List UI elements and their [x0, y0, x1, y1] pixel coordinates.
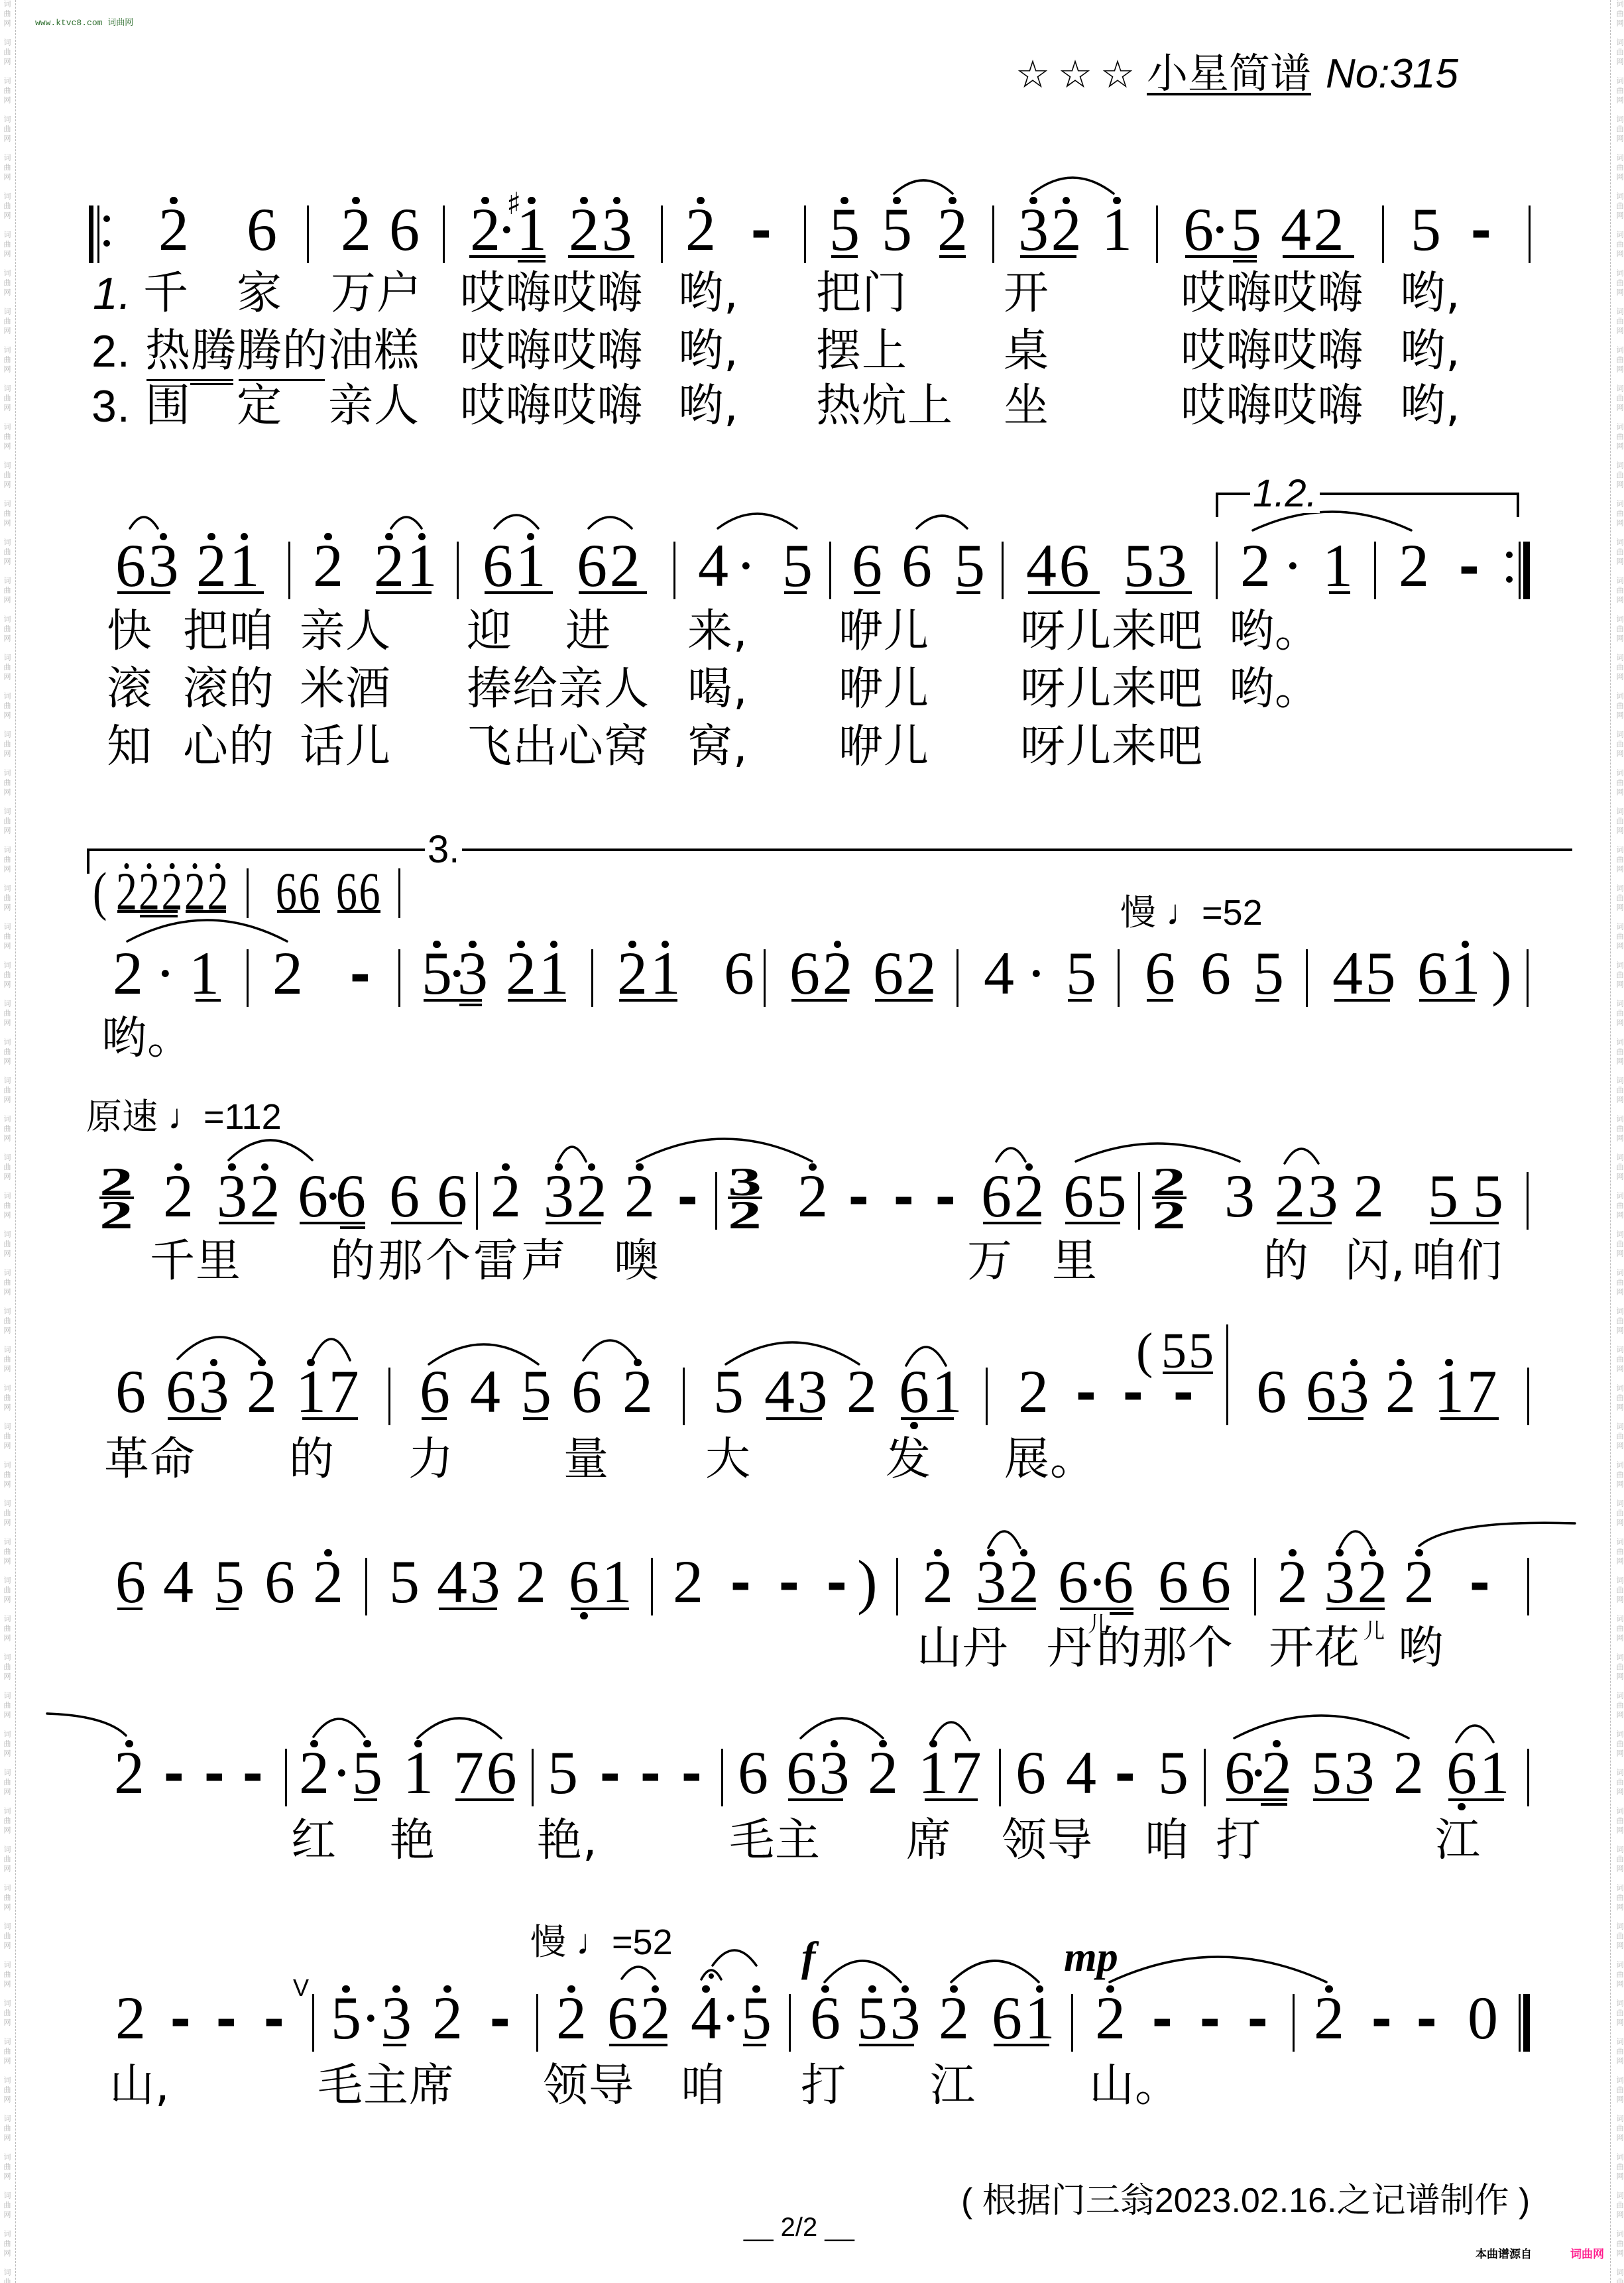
volta-bracket-start: [87, 849, 89, 874]
beam-line: [140, 915, 178, 917]
note: 76: [453, 1742, 519, 1803]
dynamic-mezzo-piano: mp: [1064, 1936, 1118, 1978]
beam-line: [198, 591, 264, 594]
note: 2: [115, 1987, 148, 2048]
note: 5: [214, 1551, 247, 1612]
volta-bracket-start: [1216, 493, 1218, 517]
score-header: ☆☆☆小星简谱No:315: [1015, 46, 1458, 102]
beam-line: [277, 910, 320, 913]
verse-number: 3.: [91, 384, 131, 429]
note: 3: [457, 943, 491, 1004]
transcription-credit: ( 根据门三翁2023.02.16.之记谱制作 ): [961, 2180, 1530, 2222]
lyric-word: 哟。: [1229, 667, 1320, 712]
note: 3: [381, 1987, 414, 2048]
lyric-word: 千里: [150, 1239, 241, 1284]
note: 5: [713, 1361, 746, 1422]
beam-line: [1028, 591, 1100, 594]
barline: [764, 949, 766, 1007]
lyric-word: 席: [906, 1818, 952, 1863]
sustain-dash: -: [350, 943, 371, 1004]
sustain-dash: -: [848, 1165, 869, 1226]
lyric-word: 滚的: [183, 667, 274, 712]
note: 2: [673, 1551, 706, 1612]
lyric-word: 万户: [331, 271, 422, 316]
lyric-word: 打: [1216, 1818, 1261, 1863]
barline: [1306, 949, 1308, 1007]
lyric-word: 知: [107, 725, 152, 770]
lyric-word: 家: [237, 271, 282, 316]
beam-line: [579, 591, 647, 594]
slur: [130, 517, 158, 528]
lyric-word: 哟。: [1229, 609, 1320, 654]
beam-line: [1440, 1417, 1499, 1420]
note: 6: [738, 1742, 771, 1803]
repeat-end-thick-bar: [1523, 542, 1530, 599]
augmentation-dot: ·: [1026, 943, 1049, 1004]
lyric-word: 山,: [109, 2064, 170, 2109]
note: 23: [1275, 1165, 1340, 1226]
slur: [1234, 1716, 1409, 1738]
final-thick-bar: [1523, 1994, 1530, 2052]
note: 17: [918, 1742, 984, 1803]
note: 2: [846, 1361, 880, 1422]
lyric-word: 进: [565, 609, 611, 654]
barline: [591, 949, 593, 1007]
note: 4: [691, 1987, 724, 2048]
note: 21: [196, 535, 262, 596]
note: 63: [786, 1742, 852, 1803]
barline: [804, 205, 806, 263]
parenthesis: (: [93, 864, 109, 919]
note: 61: [899, 1361, 964, 1422]
note: 6: [247, 199, 280, 260]
barline: [1118, 949, 1120, 1007]
barline: [1382, 205, 1384, 263]
lyric-word: 亲人: [300, 609, 391, 654]
slur: [1110, 1957, 1326, 1982]
lyric-word: 哎嗨哎嗨: [1181, 271, 1363, 316]
slur: [127, 920, 287, 941]
beam-line: [1020, 255, 1076, 258]
lyric-word: 哟。: [101, 1016, 193, 1061]
lyric-word: 油糕: [328, 329, 420, 374]
beam-line: [957, 591, 980, 594]
note: 53: [1311, 1742, 1377, 1803]
slur: [494, 515, 538, 528]
lyric-word: 丹: [1047, 1626, 1092, 1671]
time-signature-denominator: 2: [99, 1195, 133, 1235]
sustain-dash: -: [216, 1987, 237, 2048]
barline: [1156, 205, 1158, 263]
beam-line: [1110, 1612, 1133, 1615]
barline: [651, 1558, 653, 1615]
beam-line: [1448, 1798, 1504, 1801]
note: 2: [1095, 1987, 1128, 2048]
lyric-word: 话儿: [300, 725, 391, 770]
verse-number: 2.: [91, 329, 131, 374]
beam-line: [508, 999, 566, 1002]
note: 2: [1277, 1551, 1310, 1612]
repeat-dot: [103, 215, 110, 222]
note: 6: [437, 1165, 470, 1226]
note: 62: [789, 943, 855, 1004]
note: 5: [741, 1987, 774, 2048]
final-thin-bar: [1519, 1994, 1521, 2052]
note: 5: [882, 199, 915, 260]
note: 5: [1473, 1165, 1506, 1226]
note: 61: [569, 1551, 634, 1612]
barline: [721, 1749, 723, 1806]
barline: [992, 205, 994, 263]
source-site-watermark: 词曲网: [1570, 2247, 1604, 2262]
note: 32: [1324, 1551, 1390, 1612]
note: 2: [491, 1165, 524, 1226]
note: 61: [1446, 1742, 1512, 1803]
note: 6: [389, 1165, 422, 1226]
slur: [1340, 1531, 1371, 1548]
barline: [476, 1172, 478, 1230]
note: 4: [163, 1551, 196, 1612]
sustain-dash: -: [1152, 1987, 1173, 2048]
lyric-word: 把咱: [183, 609, 274, 654]
beam-line: [994, 2044, 1049, 2046]
beam-line: [568, 255, 634, 258]
note: 43: [764, 1361, 830, 1422]
lyric-word: 喝,: [687, 667, 748, 712]
lyric-word: 咱们: [1411, 1239, 1503, 1284]
lyric-word: 的那个: [1096, 1626, 1234, 1671]
beam-line: [1060, 1608, 1133, 1610]
dynamic-forte: f: [801, 1936, 815, 1978]
verse-number: 1.: [93, 271, 132, 316]
note: 2: [624, 1165, 658, 1226]
note: 42: [1281, 199, 1346, 260]
beam-line: [219, 1222, 274, 1224]
volta-bracket-end: [1517, 493, 1519, 517]
note: 61: [1417, 943, 1483, 1004]
note: 1: [516, 199, 550, 260]
sustain-dash: -: [681, 1742, 702, 1803]
beam-line: [117, 1608, 143, 1610]
repeat-dot: [103, 240, 110, 247]
note: 2: [1018, 1361, 1051, 1422]
tie-continuation: [47, 1714, 126, 1735]
note: 5: [331, 1987, 364, 2048]
lyric-word: 毛主席: [318, 2064, 455, 2109]
note: 2: [868, 1742, 901, 1803]
note: 32: [1018, 199, 1084, 260]
note: 6: [1015, 1742, 1049, 1803]
note: 2: [113, 943, 146, 1004]
beam-line: [439, 1608, 497, 1610]
lyric-word: 打: [801, 2064, 846, 2109]
repeat-start-thick-bar: [89, 205, 93, 263]
lyric-word: 迎: [467, 609, 512, 654]
lyric-word: 咿儿: [838, 667, 929, 712]
lyric-word: 咿儿: [838, 725, 929, 770]
beam-line: [1329, 591, 1350, 594]
note: 6: [1200, 1551, 1234, 1612]
barline: [957, 949, 958, 1007]
note: 2: [1240, 535, 1273, 596]
beam-line: [939, 255, 966, 258]
lyric-word: 哎嗨哎嗨: [460, 329, 643, 374]
note-small: 55: [1161, 1326, 1216, 1376]
beam-line: [1277, 1222, 1332, 1224]
beam-line: [117, 591, 170, 594]
top-watermark: www.ktvc8.com 词曲网: [35, 18, 133, 29]
lyric-word: 领导: [543, 2064, 634, 2109]
augmentation-dot: ·: [1210, 199, 1232, 260]
rest: 0: [1468, 1987, 1501, 2048]
note: 5: [389, 1551, 422, 1612]
barline: [532, 1749, 534, 1806]
barline: [789, 1994, 791, 2052]
lyric-word: 哎嗨哎嗨: [460, 271, 643, 316]
note: 6: [1200, 943, 1234, 1004]
note: 2: [1261, 1742, 1295, 1803]
beam-line: [925, 1798, 978, 1801]
note: 4: [470, 1361, 503, 1422]
beam-line: [766, 1417, 822, 1420]
lyric-word: 噢: [614, 1239, 660, 1284]
beam-line: [459, 1004, 482, 1006]
barline: [1226, 1324, 1228, 1425]
beam-line: [978, 1608, 1036, 1610]
barline: [457, 542, 459, 599]
slur: [933, 1722, 970, 1740]
fermata-icon: [701, 1970, 721, 1979]
lyric-word: 哟,: [678, 329, 739, 374]
barline: [999, 1749, 1001, 1806]
sustain-dash: -: [730, 1551, 751, 1612]
lyric-word: 呀儿来吧: [1020, 667, 1203, 712]
lyric-word: 山。: [1089, 2064, 1181, 2109]
slur: [1285, 1149, 1318, 1163]
lyric-word: 哟,: [1400, 384, 1461, 429]
beam-line: [337, 910, 380, 913]
barline: [312, 1994, 314, 2052]
sustain-dash: -: [170, 1987, 191, 2048]
barline: [1527, 949, 1529, 1007]
barline: [1138, 1172, 1140, 1230]
lyric-word: 量: [563, 1437, 609, 1482]
barline: [1216, 542, 1218, 599]
beam-line: [354, 1798, 377, 1801]
lyric-word: 热炕上: [816, 384, 953, 429]
lyric-word: 领导: [1002, 1818, 1093, 1863]
beam-line: [546, 1222, 601, 1224]
volta-bracket-line: [87, 849, 1572, 851]
time-signature: 2 2: [99, 1165, 135, 1232]
beam-line: [571, 1608, 629, 1610]
note: 2: [685, 199, 719, 260]
beam-line: [376, 591, 432, 594]
barline: [307, 205, 309, 263]
slur: [391, 517, 422, 528]
beam-line: [1068, 999, 1092, 1002]
side-watermark-strip-left: 词曲网 词曲网 词曲网 词曲网 词曲网 词曲网 词曲网 词曲网 词曲网 词曲网 …: [0, 0, 16, 2283]
lyric-word: 闪,: [1345, 1239, 1406, 1284]
note: 6: [1058, 1551, 1091, 1612]
note: 23: [569, 199, 634, 260]
note: 62: [607, 1987, 673, 2048]
note: 1: [1322, 535, 1356, 596]
lyric-word: 哟: [1398, 1626, 1444, 1671]
parenthesis: ): [1491, 943, 1514, 1004]
beam-line: [1313, 1798, 1369, 1801]
beam-line: [784, 591, 807, 594]
note: 63: [1306, 1361, 1371, 1422]
augmentation-dot: ·: [1283, 535, 1305, 596]
sustain-dash: -: [894, 1165, 914, 1226]
note: 1: [189, 943, 222, 1004]
slur: [894, 180, 953, 194]
slur: [558, 1147, 586, 1161]
beam-line: [186, 910, 226, 913]
lyric-word: 捧给亲人: [467, 667, 650, 712]
beam-line: [854, 591, 880, 594]
lyric-word: 开: [1004, 271, 1049, 316]
lyric-word: 艳,: [537, 1818, 598, 1863]
repeat-end-thin-bar: [1519, 542, 1521, 599]
note: 5: [1428, 1165, 1461, 1226]
barline: [1204, 1749, 1206, 1806]
sustain-dash: -: [1417, 1987, 1437, 2048]
beam-line: [196, 999, 221, 1002]
beam-line: [1255, 999, 1279, 1002]
lyric-melisma-line: [190, 383, 233, 385]
beam-line: [469, 255, 546, 258]
note: 17: [296, 1361, 361, 1422]
lyric-word: 桌: [1004, 329, 1049, 374]
volta-label: 1.2.: [1250, 475, 1320, 513]
barline: [1293, 1994, 1295, 2052]
lyric-word: 心的: [183, 725, 274, 770]
lyric-word: 咿儿: [838, 609, 929, 654]
barline: [1529, 205, 1531, 263]
beam-line: [1226, 1798, 1287, 1801]
barline: [536, 1994, 538, 2052]
beam-line: [831, 255, 858, 258]
note: 2: [114, 1742, 147, 1803]
note: 2: [272, 943, 306, 1004]
lyric-word: 哟,: [1400, 271, 1461, 316]
lyric-word: 滚: [107, 667, 152, 712]
slur: [718, 514, 797, 528]
lyric-word: 发: [886, 1437, 931, 1482]
sustain-dash: -: [1200, 1987, 1220, 2048]
lyric-word: 艳: [390, 1818, 435, 1863]
beam-line: [383, 2044, 406, 2046]
barline: [715, 1172, 717, 1230]
beam-line: [455, 1798, 514, 1801]
note: 2: [313, 1551, 346, 1612]
lyric-word: 飞出心窝: [467, 725, 650, 770]
note: 65: [1063, 1165, 1129, 1226]
lyric-small-er: 儿: [1363, 1620, 1385, 1641]
barline: [1527, 1368, 1529, 1425]
note: 5: [1066, 943, 1099, 1004]
slur: [988, 1531, 1020, 1548]
barline: [1527, 1749, 1529, 1806]
note: 2: [313, 535, 346, 596]
time-signature-denominator: 2: [728, 1195, 762, 1235]
beam-line: [983, 1222, 1041, 1224]
barline: [1527, 1558, 1529, 1615]
sustain-dash: -: [1459, 535, 1479, 596]
note: 3: [1224, 1165, 1257, 1226]
lyric-word: 哎嗨哎嗨: [1181, 329, 1363, 374]
breath-mark-icon: V: [293, 1976, 309, 2000]
lyric-word: 哟,: [678, 384, 739, 429]
lyric-word: 米酒: [300, 667, 391, 712]
note: 32: [976, 1551, 1041, 1612]
augmentation-dot: ·: [361, 1987, 383, 2048]
beam-line: [523, 1417, 548, 1420]
note: 6: [264, 1551, 298, 1612]
note: 2: [163, 1165, 196, 1226]
beam-line: [391, 1222, 462, 1224]
beam-line: [788, 1798, 843, 1801]
beam-line: [1283, 255, 1354, 258]
repeat-start-thin-bar: [97, 205, 99, 263]
sustain-dash: -: [677, 1165, 698, 1226]
lyric-word: 哎嗨哎嗨: [460, 384, 643, 429]
beam-line: [859, 2044, 914, 2046]
note: 21: [617, 943, 683, 1004]
beam-line: [1160, 1608, 1229, 1610]
lyric-word: 坐: [1004, 384, 1049, 429]
note: 2: [247, 1361, 280, 1422]
slur: [825, 1961, 901, 1982]
slur: [1032, 178, 1114, 194]
sustain-dash: -: [243, 1742, 263, 1803]
note: 4: [1066, 1742, 1099, 1803]
note: 6: [420, 1361, 453, 1422]
beam-line: [302, 1417, 358, 1420]
barline: [288, 542, 290, 599]
beam-line: [1334, 999, 1390, 1002]
lyric-word: 哟,: [1400, 329, 1461, 374]
beam-line: [1147, 999, 1173, 1002]
score-number: No:315: [1326, 51, 1458, 97]
note: 1: [403, 1742, 436, 1803]
beam-line: [1065, 1222, 1120, 1224]
beam-line: [485, 591, 553, 594]
beam-line: [743, 2044, 766, 2046]
time-signature: 2 2: [1152, 1165, 1188, 1232]
lyric-word: 咱: [1144, 1818, 1190, 1863]
barline: [285, 1749, 287, 1806]
lyric-word: 的: [1263, 1239, 1309, 1284]
sustain-dash: -: [779, 1551, 799, 1612]
augmentation-dot: ·: [331, 1742, 354, 1803]
note: 5: [1158, 1742, 1191, 1803]
note: 4: [698, 535, 731, 596]
note: 63: [115, 535, 181, 596]
time-signature: 3 2: [728, 1165, 764, 1232]
note: 53: [1124, 535, 1189, 596]
note: 5: [955, 535, 988, 596]
lyric-word: 围: [145, 384, 191, 429]
lyric-word: 把门: [816, 271, 907, 316]
beam-line: [424, 999, 482, 1002]
sustain-dash: -: [164, 1742, 184, 1803]
beam-line: [1185, 255, 1257, 258]
note: 5: [782, 535, 815, 596]
repeat-dot: [1506, 576, 1513, 583]
